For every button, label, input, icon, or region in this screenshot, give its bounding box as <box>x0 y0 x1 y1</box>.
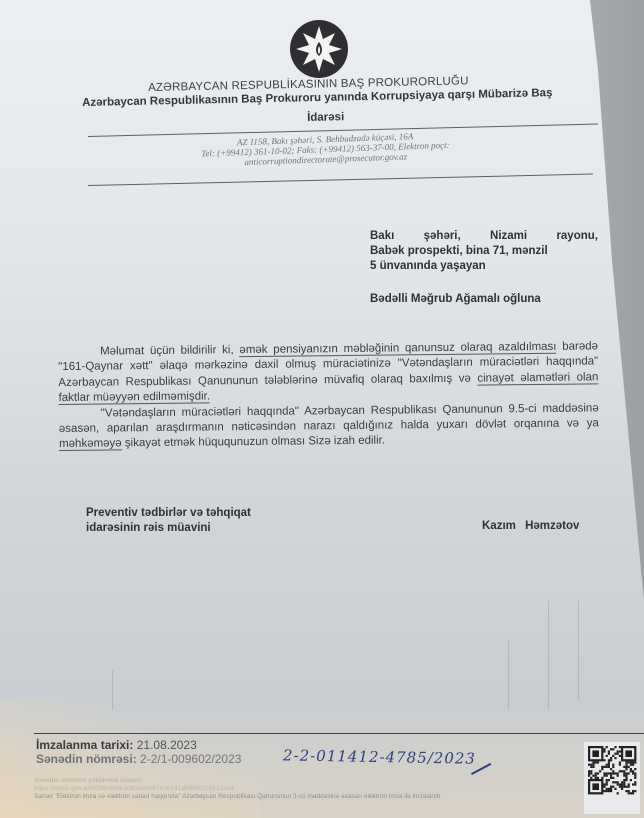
position-line-2: idarəsinin rəis müavini <box>86 521 251 536</box>
signatory-position: Preventiv tədbirlər və təhqiqat idarəsin… <box>86 506 251 536</box>
document-url-link[interactable]: https://eqms.gov.az/0099/sima/3d62e2eb67… <box>34 785 544 793</box>
doc-number-label: Sənədin nömrəsi: <box>36 752 137 766</box>
show-through-mark <box>578 600 579 700</box>
show-through-mark <box>112 670 113 710</box>
underlined-text: məhkəməyə <box>59 438 122 452</box>
addressee-line-3: 5 ünvanında yaşayan <box>370 259 598 274</box>
text-run: "Vətəndaşların müraciətləri haqqında" Az… <box>59 402 599 435</box>
footer-rule <box>34 733 644 734</box>
text-run: Məlumat üçün bildirilir ki, <box>100 344 239 357</box>
e-signature-notice: Sənədin elektron yüklənmə ünvanı: https:… <box>34 777 544 801</box>
addressee-line-1: Bakı şəhəri, Nizami rayonu, <box>370 229 598 244</box>
handwritten-number: 2-2-011412-4785/2023 <box>283 746 476 767</box>
signed-date-label: İmzalanma tarixi: <box>36 738 133 752</box>
qr-code-icon <box>584 742 640 814</box>
doc-number-value: 2-2/1-009602/2023 <box>140 752 241 766</box>
fine-print-line: Sənəd "Elektron imza və elektron sənəd h… <box>34 793 544 801</box>
paragraph-1: Məlumat üçün bildirilir ki, əmək pensiya… <box>58 339 599 406</box>
document-number: Sənədin nömrəsi: 2-2/1-009602/2023 <box>36 752 241 766</box>
signatory-name: Kazım Həmzətov <box>482 520 579 532</box>
addressee-name: Bədəlli Məğrub Ağamalı oğluna <box>370 292 598 307</box>
addr-word: şəhəri, <box>424 229 461 244</box>
addressee-line-2: Babək prospekti, bina 71, mənzil <box>370 244 598 259</box>
paragraph-2: "Vətəndaşların müraciətləri haqqında" Az… <box>59 401 599 453</box>
signed-date-value: 21.08.2023 <box>137 738 197 752</box>
underlined-text: əmək pensiyanızın məbləğinin qanunsuz ol… <box>239 341 556 357</box>
addr-word: Nizami <box>490 229 527 244</box>
addr-word: rayonu, <box>556 229 598 244</box>
addressee-block: Bakı şəhəri, Nizami rayonu, Babək prospe… <box>370 229 598 307</box>
signed-date: İmzalanma tarixi: 21.08.2023 <box>36 738 197 752</box>
position-line-1: Preventiv tədbirlər və təhqiqat <box>86 506 251 521</box>
state-emblem-icon <box>290 20 348 78</box>
letter-body: Məlumat üçün bildirilir ki, əmək pensiya… <box>58 339 599 452</box>
show-through-mark <box>508 640 509 710</box>
text-run: şikayət etmək hüququnuzun olması Sizə iz… <box>122 435 385 450</box>
org-name-line-3: İdarəsi <box>307 111 344 124</box>
show-through-mark <box>548 600 549 710</box>
fine-print-line: Sənədin elektron yüklənmə ünvanı: <box>34 777 544 785</box>
addr-word: Bakı <box>370 229 394 244</box>
